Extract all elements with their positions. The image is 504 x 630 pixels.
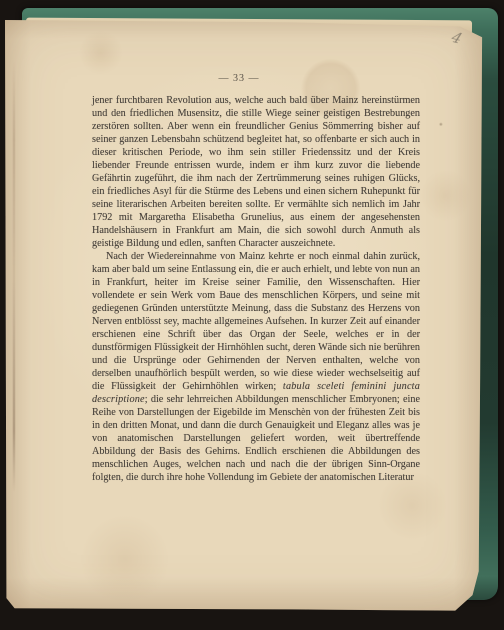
page-number: — 33 — [75,73,403,84]
page-text: jener furchtbaren Revolution aus, welche… [92,94,420,484]
paragraph-2: Nach der Wiedereinnahme von Mainz kehrte… [92,250,420,484]
paragraph-2-text-continued: ; die sehr lehrreichen Abbildungen mensc… [92,394,420,483]
paragraph-1: jener furchtbaren Revolution aus, welche… [92,94,420,250]
book-page: 4 — 33 — jener furchtbaren Revolution au… [5,17,484,613]
book-photo: 4 — 33 — jener furchtbaren Revolution au… [0,0,504,630]
page-crease [13,62,15,492]
paragraph-2-text: Nach der Wiedereinnahme von Mainz kehrte… [92,251,420,392]
handwritten-folio-number: 4 [449,28,465,47]
